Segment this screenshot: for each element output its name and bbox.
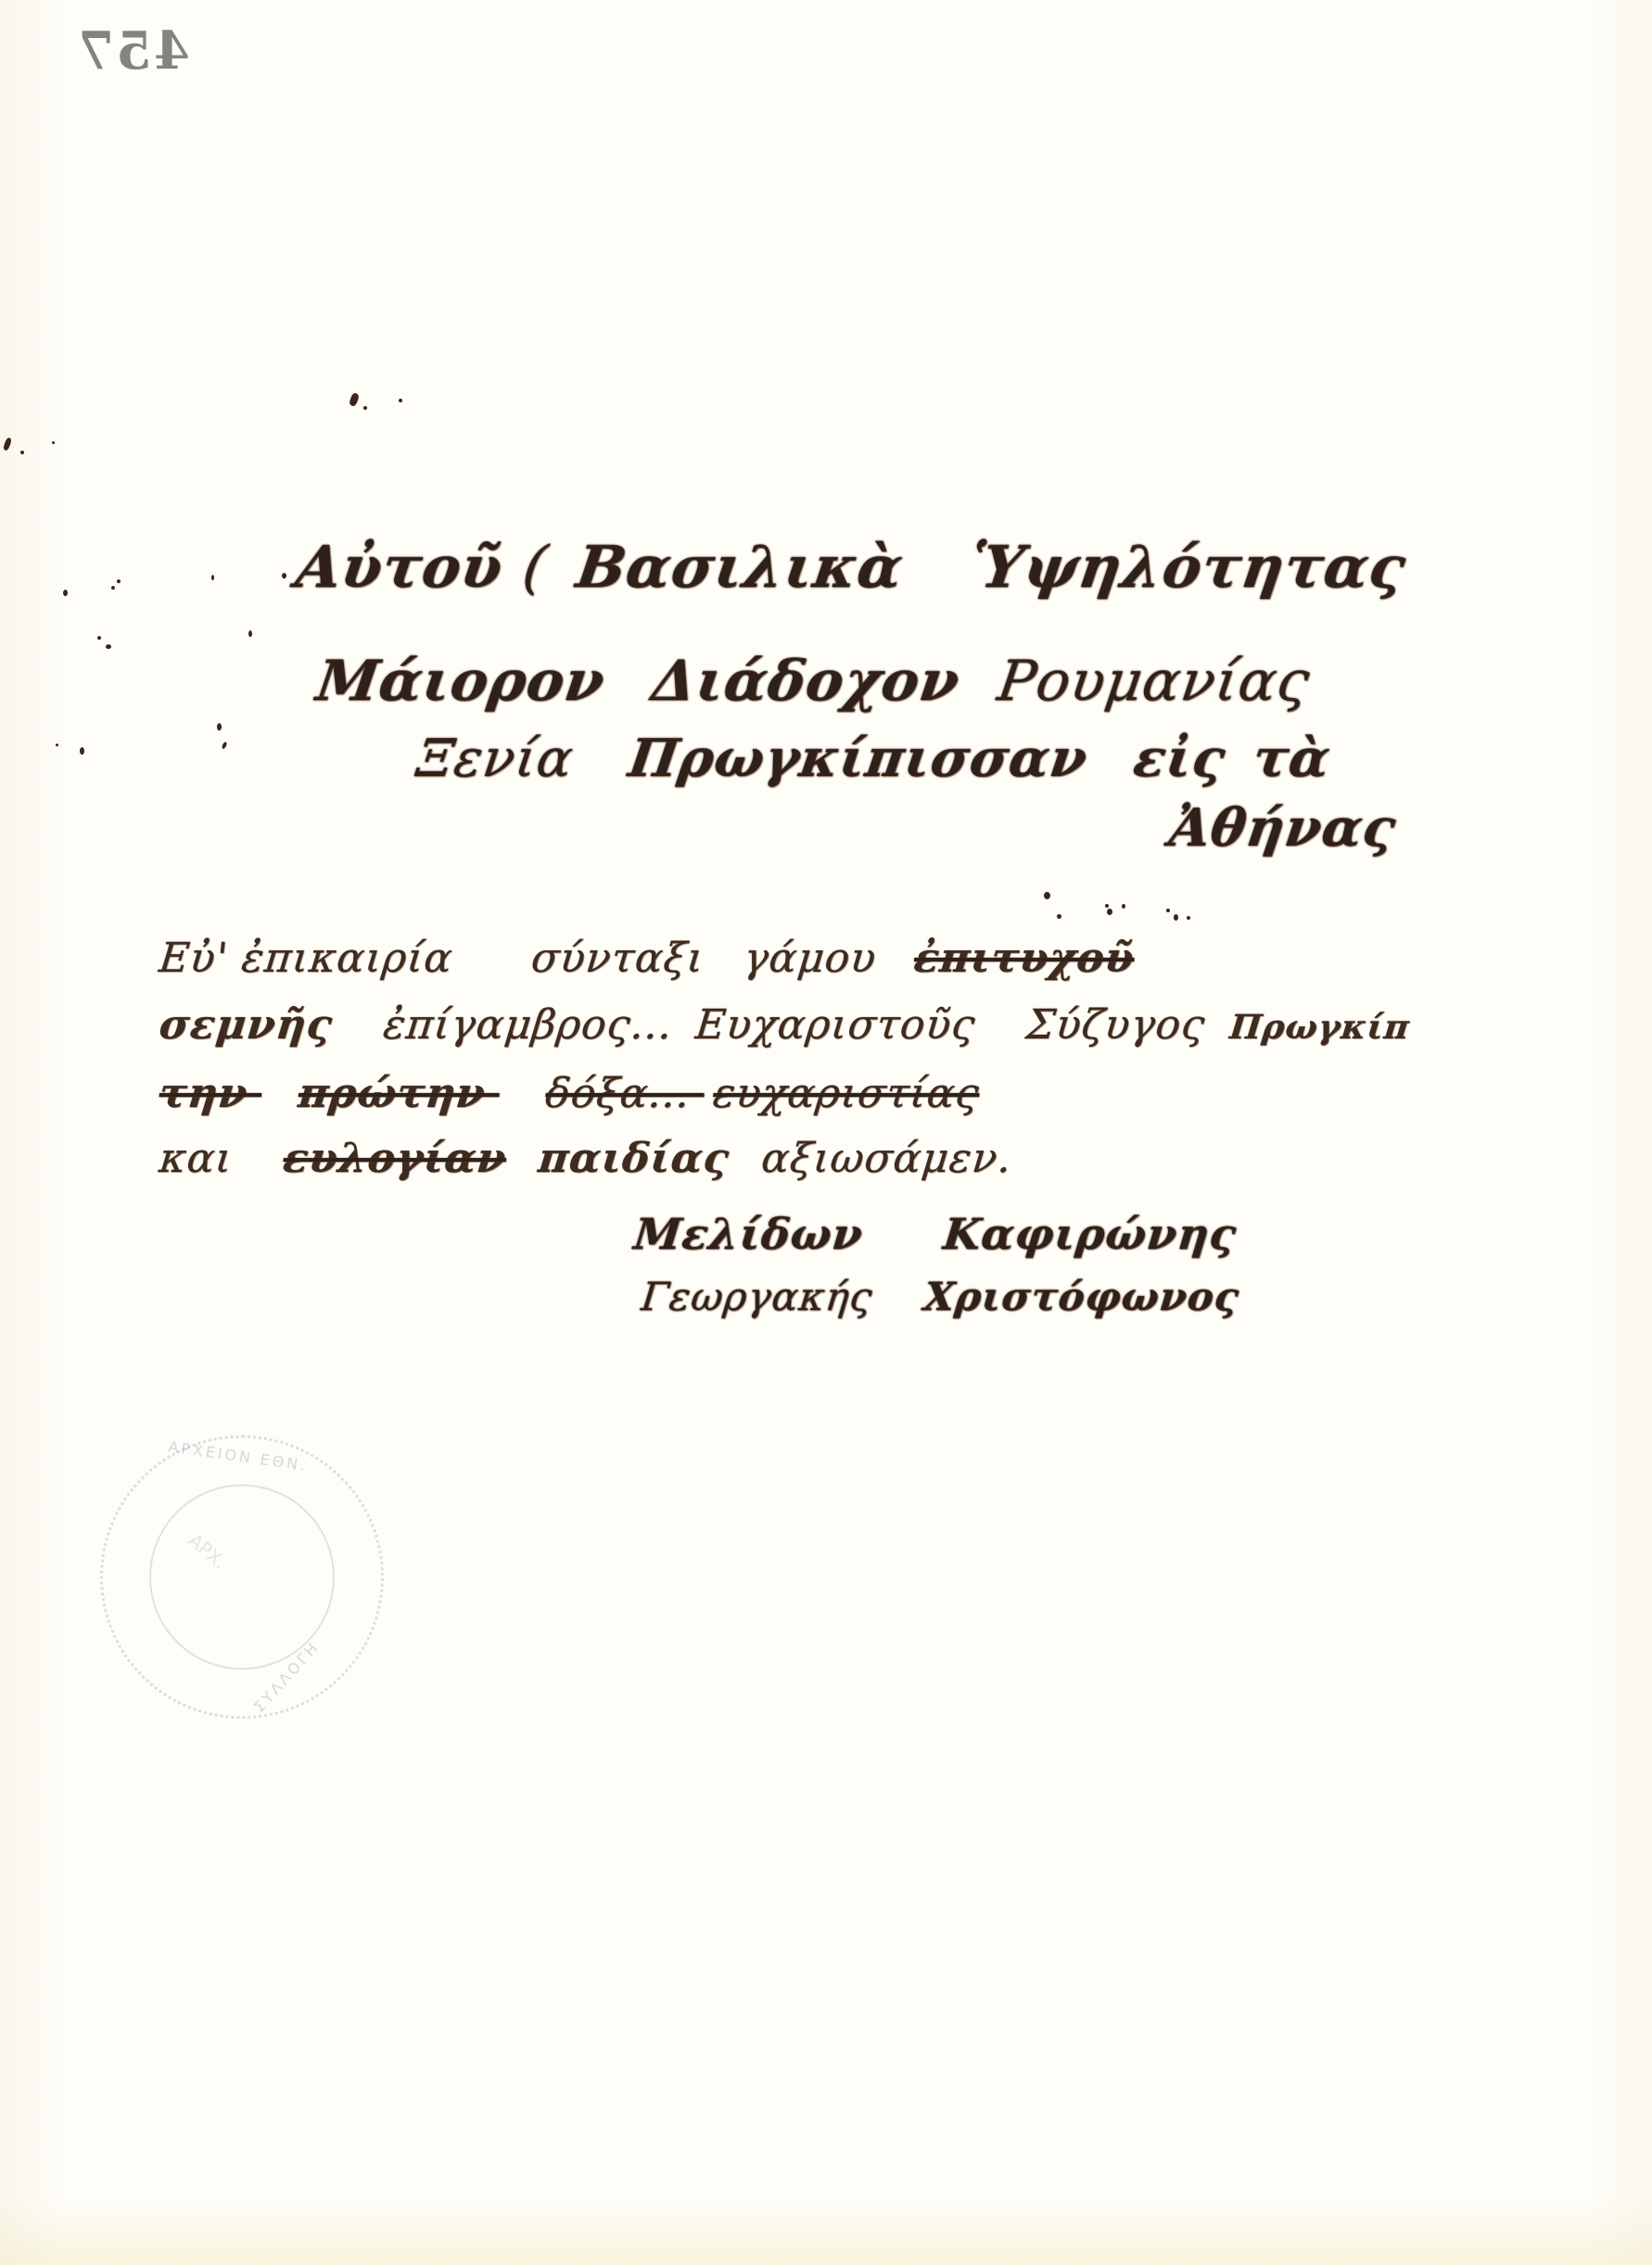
ink-mark bbox=[111, 586, 115, 590]
ink-mark bbox=[63, 590, 68, 596]
body-line-4-part-b: ευλογίαν bbox=[281, 1135, 509, 1182]
ink-mark bbox=[117, 579, 121, 583]
body-line-3-part-c: δόξα... bbox=[543, 1070, 693, 1117]
header-line-1: Αὐτοῦ ( Βασιλικὰ Ὑψηλότητας bbox=[292, 533, 1410, 601]
body-line-2-part-b: ἐπίγαμβρος... bbox=[381, 1001, 675, 1049]
ink-mark bbox=[248, 630, 252, 637]
ink-mark bbox=[349, 392, 360, 407]
body-line-4-part-d: αξιωσάμεν. bbox=[759, 1135, 1014, 1182]
body-line-1-part-c: γάμου bbox=[742, 935, 879, 982]
ink-mark bbox=[1166, 909, 1170, 912]
header-word-eis: εἰς bbox=[1130, 728, 1230, 789]
ink-mark bbox=[56, 744, 58, 746]
signature-2-last: Χριστόφωνος bbox=[921, 1274, 1241, 1319]
body-line-2-part-a: σεμνῆς bbox=[157, 1001, 335, 1049]
body-line-4-part-a: και bbox=[157, 1135, 235, 1182]
body-line-3-part-d: ευχαριστίας bbox=[711, 1070, 982, 1117]
header-word-paren: ( bbox=[519, 533, 552, 601]
stamp-ring-text-top: ΑΡΧΕΙΟΝ ΕΘΝ. bbox=[167, 1438, 309, 1475]
ink-mark bbox=[211, 575, 214, 580]
header-word-roumanias: Ρουμανίας bbox=[994, 649, 1314, 714]
mirrored-page-number: 457 bbox=[76, 20, 190, 82]
body-line-1: Εὐ' ἐπικαιρία σύνταξι γάμου ἐπιτυχοῦ bbox=[157, 935, 1137, 982]
ink-mark bbox=[1174, 914, 1178, 921]
body-line-3-part-a: την bbox=[157, 1070, 249, 1117]
header-word-ypsilotitas: Ὑψηλότητας bbox=[966, 533, 1411, 601]
ink-mark bbox=[1057, 914, 1061, 919]
signature-1-last: Καφιρώνης bbox=[941, 1209, 1239, 1259]
body-line-1-part-d: ἐπιτυχοῦ bbox=[912, 935, 1137, 982]
header-word-athinas: Ἀθήνας bbox=[1165, 797, 1400, 859]
ink-mark bbox=[3, 437, 12, 451]
ink-mark bbox=[399, 399, 402, 402]
ink-mark bbox=[106, 644, 111, 649]
header-line-2: Μάιορον Διάδοχον Ρουμανίας bbox=[312, 649, 1314, 714]
header-word-prigkipissan: Πρωγκίπισσαν bbox=[625, 728, 1091, 789]
header-word-vasilika: Βασιλικὰ bbox=[572, 533, 908, 601]
ink-mark bbox=[282, 573, 286, 579]
body-line-2: σεμνῆς ἐπίγαμβρος... Ευχαριστοῦς Σύζυγος… bbox=[157, 1001, 1412, 1049]
ink-mark bbox=[97, 636, 101, 640]
header-line-3: Ξενία Πρωγκίπισσαν εἰς τὰ bbox=[413, 728, 1334, 789]
archive-stamp: ΑΡΧΕΙΟΝ ΕΘΝ. ΣΥΛΛΟΓΗ ΑΡΧ. bbox=[100, 1435, 384, 1719]
body-line-2-part-d: Σύζυγος bbox=[1023, 1001, 1207, 1049]
body-line-4-part-c: παιδίας bbox=[536, 1135, 731, 1182]
signature-2-first: Γεωργακής bbox=[639, 1274, 874, 1319]
ink-mark bbox=[20, 451, 24, 454]
body-line-3-part-b: πρώτην bbox=[296, 1070, 488, 1117]
header-word-ta: τὰ bbox=[1250, 728, 1335, 789]
header-word-xenia: Ξενία bbox=[413, 729, 577, 789]
ink-mark bbox=[1105, 904, 1109, 908]
ink-mark bbox=[1122, 904, 1125, 909]
ink-mark bbox=[1044, 892, 1050, 899]
body-line-2-part-c: Ευχαριστοῦς bbox=[693, 1001, 978, 1049]
manuscript-page: 457 Αὐτοῦ ( Βασιλικὰ Ὑψηλότητας Μάιορον … bbox=[0, 0, 1652, 2265]
body-line-3: την πρώτην δόξα... ευχαριστίας bbox=[157, 1070, 982, 1117]
signature-line-2: Γεωργακής Χριστόφωνος bbox=[639, 1274, 1241, 1319]
header-line-4: Ἀθήνας bbox=[1165, 797, 1400, 859]
ink-mark bbox=[80, 747, 84, 755]
ink-mark bbox=[1107, 909, 1112, 915]
ink-mark bbox=[217, 723, 222, 731]
body-line-4: και ευλογίαν παιδίας αξιωσάμεν. bbox=[157, 1135, 1014, 1182]
body-line-1-part-b: σύνταξι bbox=[529, 935, 706, 982]
ink-mark bbox=[363, 406, 367, 410]
header-word-maioron: Μάιορον bbox=[312, 649, 609, 714]
ink-mark bbox=[52, 441, 55, 444]
body-line-1-part-a: Εὐ' ἐπικαιρία bbox=[157, 935, 455, 982]
body-line-2-part-e: Πρωγκίπ bbox=[1228, 1008, 1412, 1047]
header-word-diadochon: Διάδοχον bbox=[648, 649, 964, 714]
header-word-autou: Αὐτοῦ bbox=[292, 533, 507, 601]
signature-line-1: Μελίδων Καφιρώνης bbox=[631, 1209, 1239, 1259]
ink-mark bbox=[221, 742, 227, 750]
ink-mark bbox=[1187, 916, 1190, 920]
signature-1-first: Μελίδων bbox=[631, 1209, 865, 1259]
